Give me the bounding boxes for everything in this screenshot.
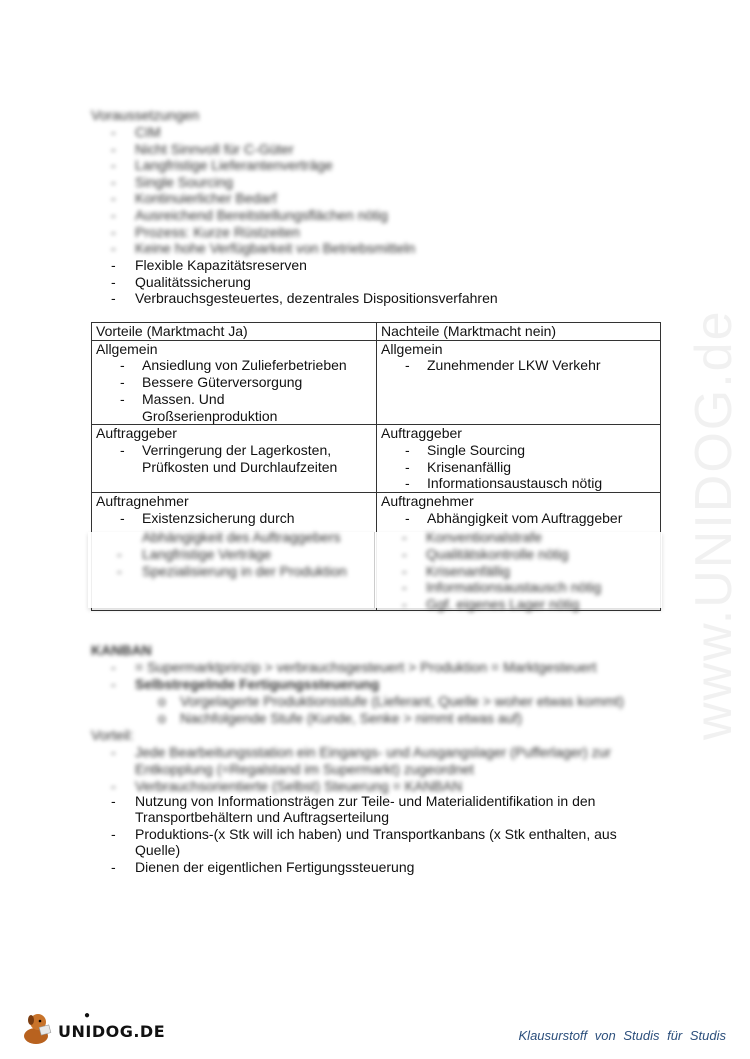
list-item: Langfristige Lieferantenverträge <box>135 157 333 173</box>
list-item: Keine hohe Verfügbarkeit von Betriebsmit… <box>135 240 415 256</box>
bullet: - <box>402 579 407 595</box>
sub-list-item: Nachfolgende Stufe (Kunde, Senke > nimmt… <box>180 710 522 726</box>
bullet: - <box>111 141 116 157</box>
list-item: -Single Sourcing <box>381 442 656 459</box>
bullet: - <box>111 157 116 173</box>
list-item: Ggf. eigenes Lager nötig <box>426 596 579 612</box>
bullet: - <box>111 240 116 256</box>
list-item: -Existenzsicherung durch <box>96 510 372 527</box>
bullet: - <box>402 529 407 545</box>
bullet: - <box>111 224 116 240</box>
list-item: Nutzung von Informationsträgen zur Teile… <box>135 793 595 809</box>
list-item: Selbstregelnde Fertigungssteuerung <box>135 676 379 692</box>
paw-icon: ● <box>84 1010 90 1021</box>
list-item: Konventionalstrafe <box>426 529 542 545</box>
list-item: -Abhängigkeit vom Auftraggeber <box>381 510 656 527</box>
sub-list-item: Vorgelagerte Produktionsstufe (Lieferant… <box>180 693 624 709</box>
list-item: Nicht Sinnvoll für C-Güter <box>135 141 294 157</box>
list-item: -Krisenanfällig <box>381 459 656 476</box>
table-header: Nachteile (Marktmacht nein) <box>377 323 661 341</box>
list-item: Produktions-(x Stk will ich haben) und T… <box>135 826 617 842</box>
list-item: -Informationsaustausch nötig <box>381 475 656 492</box>
kanban-heading: KANBAN <box>91 642 152 658</box>
list-item-continuation: Entkopplung (=Regalstand im Supermarkt) … <box>135 761 474 777</box>
list-item: Single Sourcing <box>135 174 233 190</box>
cell-label: Allgemein <box>381 341 656 358</box>
footer-tagline: Klausurstoff von Studis für Studis <box>519 1028 726 1043</box>
bullet: - <box>402 563 407 579</box>
list-item: -Verringerung der Lagerkosten, Prüfkoste… <box>96 442 372 475</box>
list-item: Jede Bearbeitungsstation ein Eingangs- u… <box>135 744 611 760</box>
table-header: Vorteile (Marktmacht Ja) <box>92 323 377 341</box>
list-item: Flexible Kapazitätsreserven <box>135 257 307 273</box>
table-header-row: Vorteile (Marktmacht Ja) Nachteile (Mark… <box>92 323 661 341</box>
bullet: - <box>111 190 116 206</box>
unidog-logo[interactable]: ● UNIDOG.DE <box>20 1010 160 1048</box>
cell-label: Auftragnehmer <box>381 493 656 510</box>
list-item: Informationsaustausch nötig <box>426 579 601 595</box>
voraussetzungen-heading: Voraussetzungen <box>91 107 199 123</box>
list-item-continuation: Quelle) <box>135 842 180 858</box>
table-cell: Allgemein -Ansiedlung von Zulieferbetrie… <box>92 340 377 425</box>
list-item: -Bessere Güterversorgung <box>96 374 372 391</box>
table-row: Allgemein -Ansiedlung von Zulieferbetrie… <box>92 340 661 425</box>
list-item: Qualitätskontrolle nötig <box>426 546 568 562</box>
bullet: - <box>402 546 407 562</box>
table-cell: Allgemein -Zunehmender LKW Verkehr <box>377 340 661 425</box>
list-item: Verbrauchsorientierte (Selbst) Steuerung… <box>135 778 462 794</box>
list-item: Prozess: Kurze Rüstzeiten <box>135 224 300 240</box>
list-item: = Supermarktprinzip > verbrauchsgesteuer… <box>135 659 596 675</box>
list-item: -Massen. Und Großserienproduktion <box>96 391 372 424</box>
bullet: - <box>111 257 116 273</box>
bullet: - <box>111 174 116 190</box>
cell-label: Auftragnehmer <box>96 493 372 510</box>
list-item: CIM <box>135 124 161 140</box>
cell-label: Auftraggeber <box>96 425 372 442</box>
list-item: Verbrauchsgesteuertes, dezentrales Dispo… <box>135 290 498 306</box>
bullet: - <box>111 274 116 290</box>
watermark: www.UNIDOG.de <box>684 309 744 740</box>
bullet: - <box>111 290 116 306</box>
bullet: - <box>111 207 116 223</box>
cell-label: Auftraggeber <box>381 425 656 442</box>
table-cell: Auftraggeber -Verringerung der Lagerkost… <box>92 425 377 493</box>
list-item: -Zunehmender LKW Verkehr <box>381 357 656 374</box>
logo-text: UNIDOG.DE <box>58 1022 165 1041</box>
bullet: - <box>402 596 407 612</box>
list-item: Ausreichend Bereitstellungsflächen nötig <box>135 207 388 223</box>
dog-mascot-icon <box>20 1010 56 1046</box>
blurred-preview-panel: Abhängigkeit des Auftraggebers - Langfri… <box>88 532 662 608</box>
list-item: Dienen der eigentlichen Fertigungssteuer… <box>135 859 414 875</box>
cell-label: Allgemein <box>96 341 372 358</box>
list-item: Krisenanfällig <box>426 563 510 579</box>
list-item: -Ansiedlung von Zulieferbetrieben <box>96 357 372 374</box>
list-item-continuation: Transportbehältern und Auftragserteilung <box>135 809 389 825</box>
table-cell: Auftraggeber -Single Sourcing -Krisenanf… <box>377 425 661 493</box>
list-item: Qualitätssicherung <box>135 274 251 290</box>
vorteil-heading: Vorteil: <box>91 727 134 743</box>
table-row: Auftraggeber -Verringerung der Lagerkost… <box>92 425 661 493</box>
list-item: Kontinuierlicher Bedarf <box>135 190 277 206</box>
bullet: - <box>111 124 116 140</box>
